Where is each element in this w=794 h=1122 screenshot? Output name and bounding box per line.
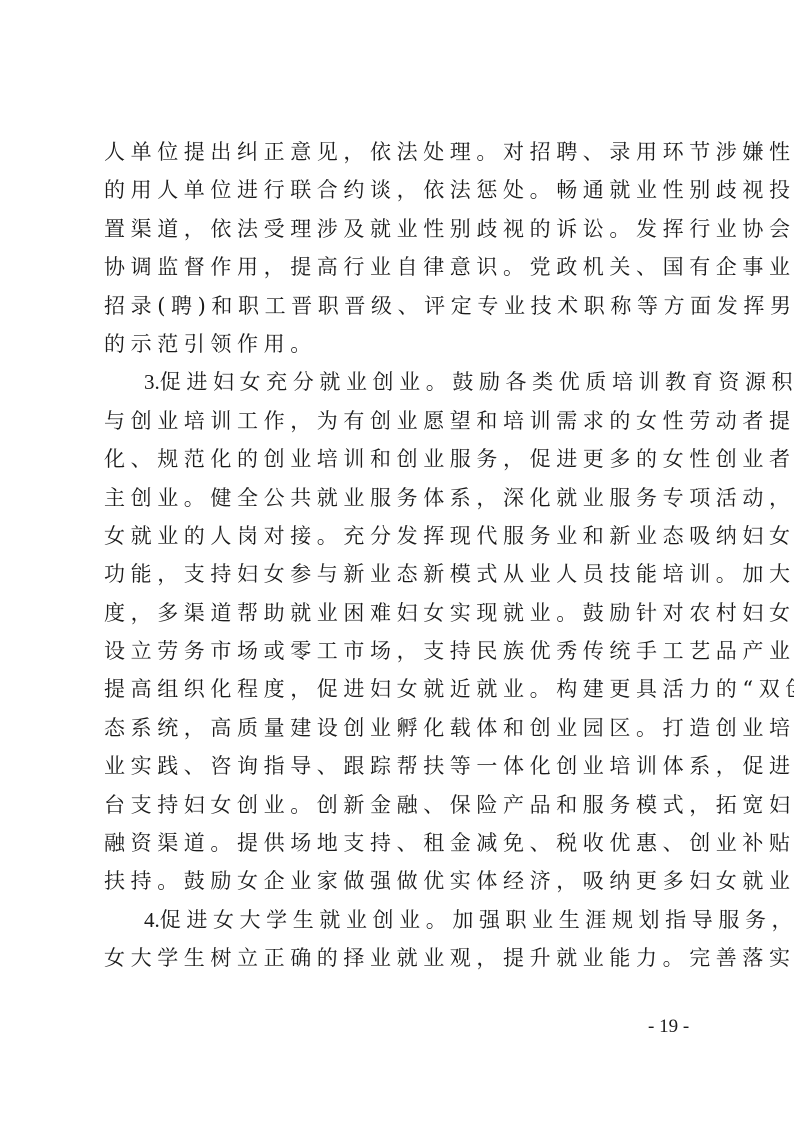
body-text: 人单位提出纠正意见，依法处理。对招聘、录用环节涉嫌性别歧视 的用人单位进行联合约…	[104, 133, 704, 978]
text-line: 提高组织化程度，促进妇女就近就业。构建更具活力的“双创”生	[104, 670, 704, 708]
text-line: 女大学生树立正确的择业就业观，提升就业能力。完善落实就业创	[104, 939, 704, 977]
text-line-first: 3.促进妇女充分就业创业。鼓励各类优质培训教育资源积极参	[104, 363, 704, 401]
text-line: 人单位提出纠正意见，依法处理。对招聘、录用环节涉嫌性别歧视	[104, 133, 704, 171]
text-line: 的用人单位进行联合约谈，依法惩处。畅通就业性别歧视投诉和处	[104, 171, 704, 209]
text-line: 协调监督作用，提高行业自律意识。党政机关、国有企事业单位在	[104, 248, 704, 286]
paragraph-item-3: 3.促进妇女充分就业创业。鼓励各类优质培训教育资源积极参 与创业培训工作，为有创…	[104, 363, 704, 900]
paragraph-item-4: 4.促进女大学生就业创业。加强职业生涯规划指导服务，引导 女大学生树立正确的择业…	[104, 901, 704, 978]
text-line: 设立劳务市场或零工市场，支持民族优秀传统手工艺品产业发展，	[104, 632, 704, 670]
text-line: 的示范引领作用。	[104, 325, 704, 363]
item-heading-text: 促进妇女充分就业创业。鼓励各类优质培训教育资源积极参	[160, 370, 794, 394]
text-line: 业实践、咨询指导、跟踪帮扶等一体化创业培训体系，促进各类平	[104, 747, 704, 785]
text-line: 态系统，高质量建设创业孵化载体和创业园区。打造创业培训、创	[104, 709, 704, 747]
item-heading-text: 促进女大学生就业创业。加强职业生涯规划指导服务，引导	[160, 908, 794, 932]
text-line: 台支持妇女创业。创新金融、保险产品和服务模式，拓宽妇女创业	[104, 786, 704, 824]
text-line: 与创业培训工作，为有创业愿望和培训需求的女性劳动者提供专业	[104, 402, 704, 440]
text-line: 招录(聘)和职工晋职晋级、评定专业技术职称等方面发挥男女平等	[104, 287, 704, 325]
text-line-first: 4.促进女大学生就业创业。加强职业生涯规划指导服务，引导	[104, 901, 704, 939]
item-number: 4.	[144, 908, 160, 932]
text-line: 融资渠道。提供场地支持、租金减免、税收优惠、创业补贴等政策	[104, 824, 704, 862]
page-number: - 19 -	[648, 1016, 689, 1038]
text-line: 扶持。鼓励女企业家做强做优实体经济，吸纳更多妇女就业创业。	[104, 862, 704, 900]
text-line: 功能，支持妇女参与新业态新模式从业人员技能培训。加大帮扶力	[104, 555, 704, 593]
paragraph-continuation: 人单位提出纠正意见，依法处理。对招聘、录用环节涉嫌性别歧视 的用人单位进行联合约…	[104, 133, 704, 363]
text-line: 主创业。健全公共就业服务体系，深化就业服务专项活动，促进妇	[104, 479, 704, 517]
text-line: 化、规范化的创业培训和创业服务，促进更多的女性创业者实现自	[104, 440, 704, 478]
item-number: 3.	[144, 370, 160, 394]
document-page: 人单位提出纠正意见，依法处理。对招聘、录用环节涉嫌性别歧视 的用人单位进行联合约…	[0, 0, 794, 1122]
text-line: 度，多渠道帮助就业困难妇女实现就业。鼓励针对农村妇女劳动力	[104, 594, 704, 632]
text-line: 女就业的人岗对接。充分发挥现代服务业和新业态吸纳妇女就业的	[104, 517, 704, 555]
text-line: 置渠道，依法受理涉及就业性别歧视的诉讼。发挥行业协会、商会	[104, 210, 704, 248]
